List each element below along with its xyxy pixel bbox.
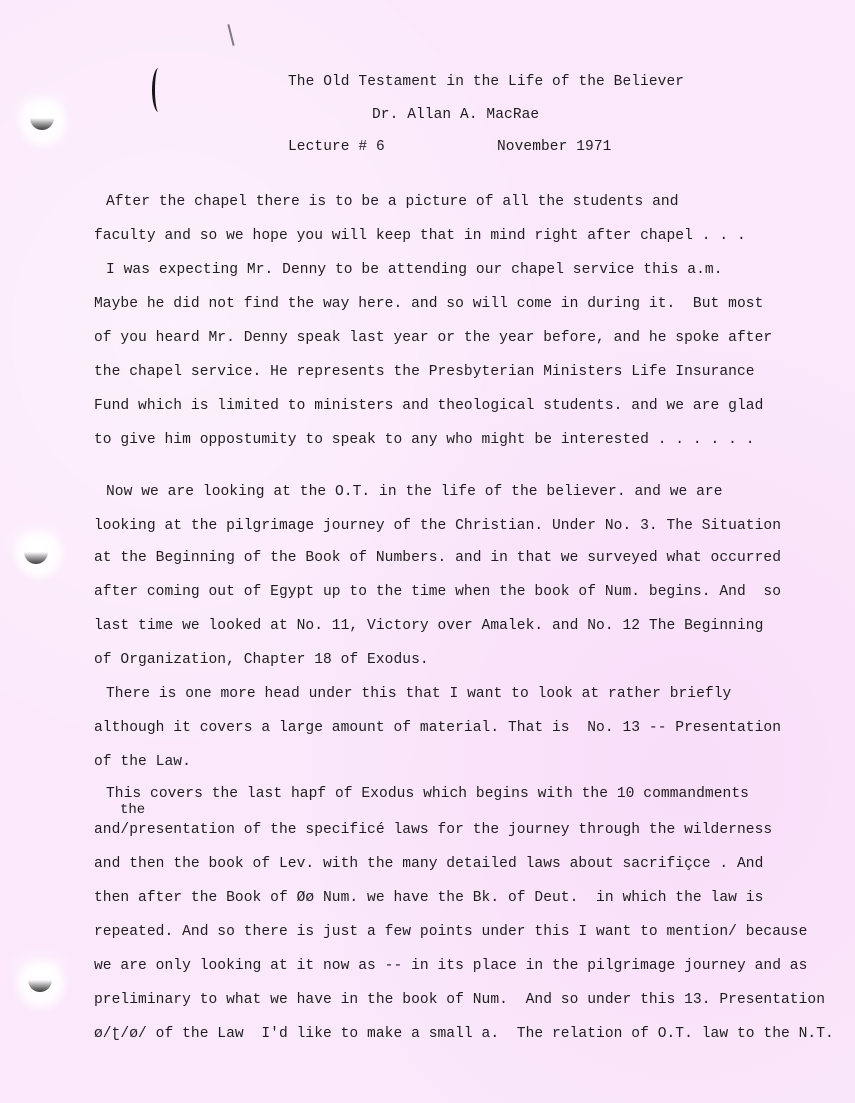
body-line: looking at the pilgrimage journey of the… [94,518,781,534]
body-line: the chapel service. He represents the Pr… [94,364,755,380]
document-title: The Old Testament in the Life of the Bel… [288,74,684,90]
body-line: I was expecting Mr. Denny to be attendin… [106,262,723,278]
body-line: of Organization, Chapter 18 of Exodus. [94,652,429,668]
body-line: to give him oppostumity to speak to any … [94,432,755,448]
handwritten-insertion: the [120,802,145,818]
body-line: Fund which is limited to ministers and t… [94,398,763,414]
body-line: then after the Book of Øø Num. we have t… [94,890,763,906]
body-line: last time we looked at No. 11, Victory o… [94,618,763,634]
body-line: of you heard Mr. Denny speak last year o… [94,330,772,346]
body-line: although it covers a large amount of mat… [94,720,781,736]
body-line: at the Beginning of the Book of Numbers.… [94,550,781,566]
lecture-date: November 1971 [497,139,611,155]
document-author: Dr. Allan A. MacRae [372,107,539,123]
handwritten-bracket-mark [152,68,165,112]
body-line: after coming out of Egypt up to the time… [94,584,781,600]
body-line: and then the book of Lev. with the many … [94,856,763,872]
body-line: repeated. And so there is just a few poi… [94,924,807,940]
body-line: ø/ʈ/ø/ of the Law I'd like to make a sma… [94,1026,834,1042]
body-line: of the Law. [94,754,191,770]
document-page: The Old Testament in the Life of the Bel… [0,0,855,1103]
body-line: Now we are looking at the O.T. in the li… [106,484,723,500]
body-line: This covers the last hapf of Exodus whic… [106,786,749,802]
body-line: There is one more head under this that I… [106,686,731,702]
body-line: faculty and so we hope you will keep tha… [94,228,746,244]
stray-pen-mark [227,24,234,46]
lecture-number: Lecture # 6 [288,139,385,155]
body-line: we are only looking at it now as -- in i… [94,958,807,974]
body-line: preliminary to what we have in the book … [94,992,825,1008]
body-line: Maybe he did not find the way here. and … [94,296,763,312]
body-line: After the chapel there is to be a pictur… [106,194,679,210]
body-line: and/presentation of the specificé laws f… [94,822,772,838]
